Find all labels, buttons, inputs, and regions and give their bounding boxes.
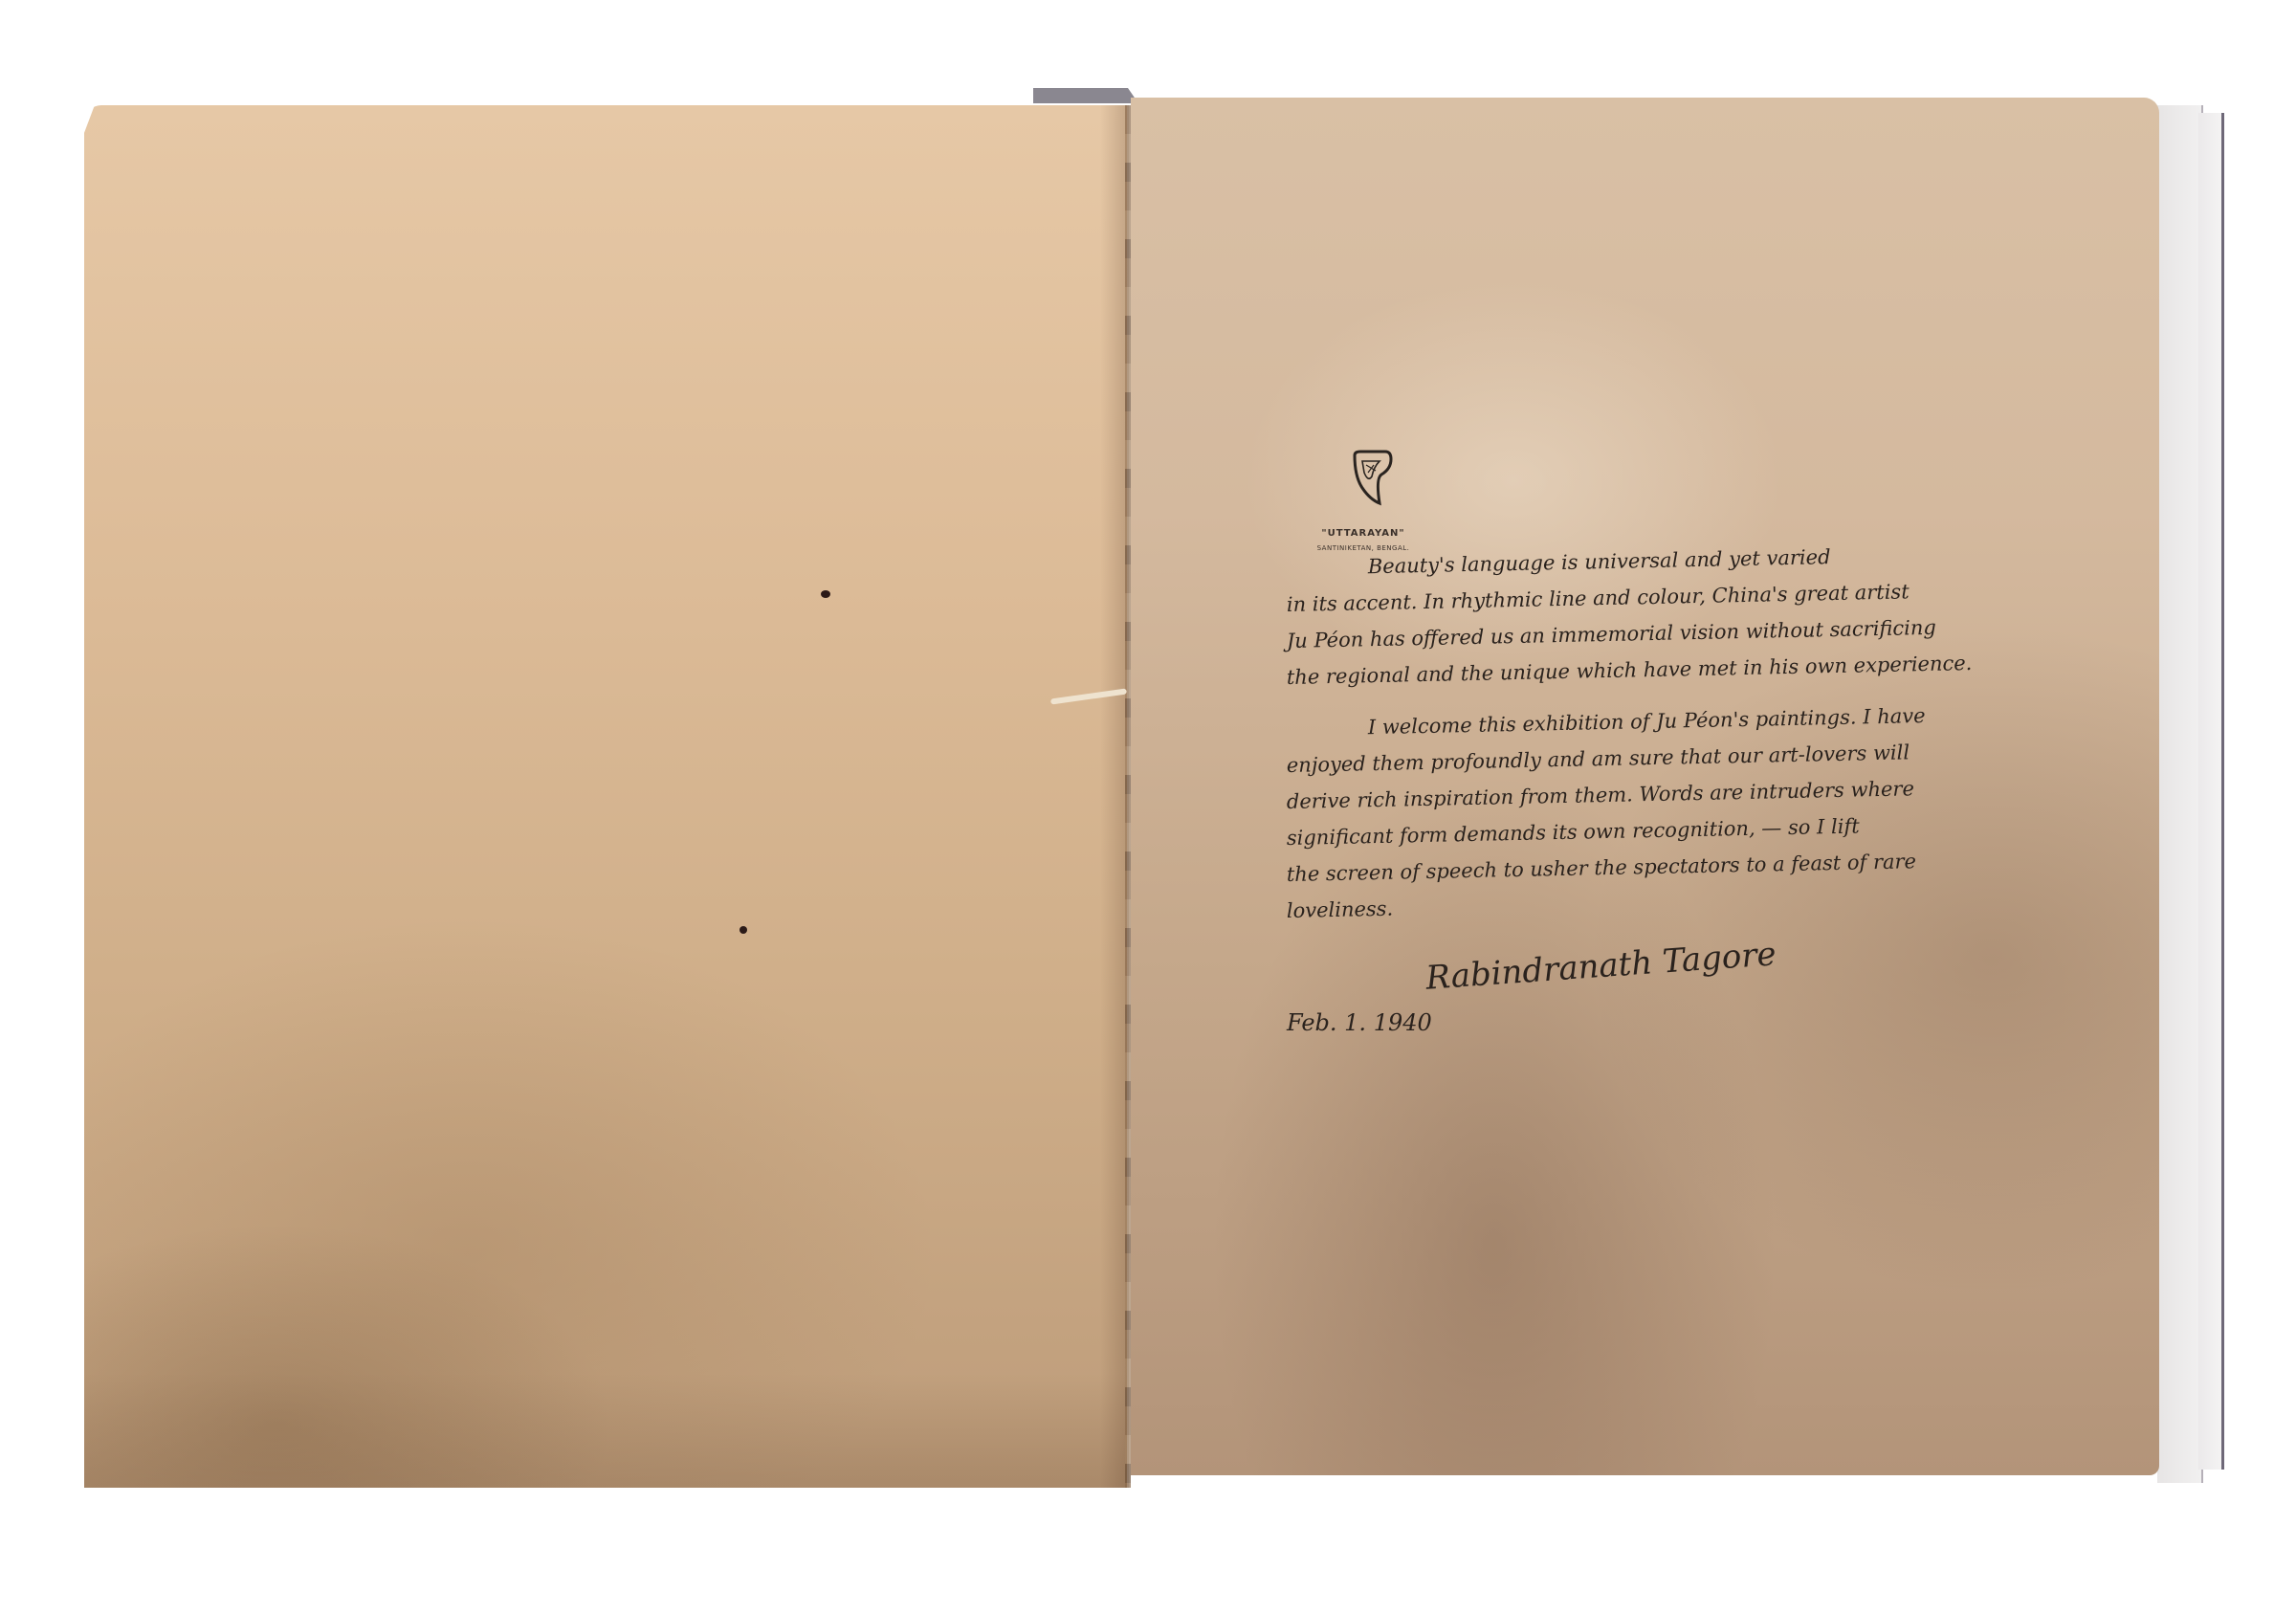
letterhead: "UTTARAYAN" SANTINIKETAN, BENGAL. [1301, 450, 1425, 552]
letterhead-name: "UTTARAYAN" [1301, 528, 1425, 539]
spine-cover-strip [1033, 88, 1138, 103]
uttarayan-emblem-icon [1351, 450, 1393, 507]
letter-date: Feb. 1. 1940 [1287, 1009, 1432, 1036]
paper-blemish [740, 926, 747, 934]
left-page-blank [84, 105, 1127, 1488]
spine-binding [1125, 105, 1131, 1488]
page-edge-sheet [2157, 105, 2203, 1483]
open-book: "UTTARAYAN" SANTINIKETAN, BENGAL. Beauty… [0, 0, 2296, 1614]
paper-blemish [821, 590, 830, 598]
letterhead-place: SANTINIKETAN, BENGAL. [1301, 544, 1425, 552]
handwritten-letter: Beauty's language is universal and yet v… [1287, 557, 1842, 936]
page-edge-sheet [2198, 113, 2224, 1470]
